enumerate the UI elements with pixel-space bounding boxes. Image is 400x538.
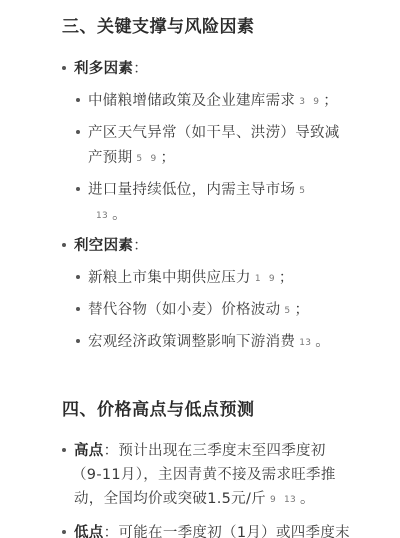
section-heading-price-forecast: 四、价格高点与低点预测: [62, 395, 255, 420]
bullet-icon: [76, 307, 80, 311]
citation-ref[interactable]: 3: [299, 97, 305, 107]
list-item: 进口量持续低位，内需主导市场5: [88, 178, 309, 199]
bullet-icon: [62, 448, 66, 452]
section-heading-factors: 三、关键支撑与风险因素: [62, 12, 255, 37]
citation-ref[interactable]: 13: [284, 495, 296, 505]
list-item-cont: 13。: [92, 203, 127, 224]
bullet-icon: [76, 98, 80, 102]
list-item-cont: 产预期59；: [88, 146, 175, 167]
list-item: 新粮上市集中期供应压力19；: [88, 266, 294, 287]
list-item: 中储粮增储政策及企业建库需求39；: [88, 89, 338, 110]
list-item-cont: （9-11月），主因青黄不接及需求旺季推: [72, 463, 336, 484]
citation-ref[interactable]: 9: [270, 495, 276, 505]
bullet-icon: [76, 130, 80, 134]
bullet-icon: [76, 339, 80, 343]
list-item: 替代谷物（如小麦）价格波动5；: [88, 298, 309, 319]
list-item: 宏观经济政策调整影响下游消费13。: [88, 330, 330, 351]
citation-ref[interactable]: 13: [96, 211, 108, 221]
bullet-icon: [62, 530, 66, 534]
bullet-icon: [62, 66, 66, 70]
bullet-icon: [76, 275, 80, 279]
bearish-factors-label: 利空因素：: [74, 234, 148, 255]
citation-ref[interactable]: 9: [269, 274, 275, 284]
citation-ref[interactable]: 5: [284, 306, 290, 316]
list-item: 产区天气异常（如干旱、洪涝）导致减: [88, 121, 340, 142]
citation-ref[interactable]: 9: [150, 154, 156, 164]
citation-ref[interactable]: 1: [255, 274, 261, 284]
citation-ref[interactable]: 9: [313, 97, 319, 107]
citation-ref[interactable]: 5: [299, 186, 305, 196]
citation-ref[interactable]: 5: [136, 154, 142, 164]
citation-ref[interactable]: 13: [299, 338, 311, 348]
list-item-cont: 动，全国均价或突破1.5元/斤913。: [74, 487, 315, 508]
bullish-factors-label: 利多因素：: [74, 57, 148, 78]
bullet-icon: [62, 243, 66, 247]
bullet-icon: [76, 187, 80, 191]
list-item-high: 高点：预计出现在三季度末至四季度初: [74, 439, 326, 460]
list-item-low: 低点：可能在一季度初（1月）或四季度末: [74, 521, 350, 538]
